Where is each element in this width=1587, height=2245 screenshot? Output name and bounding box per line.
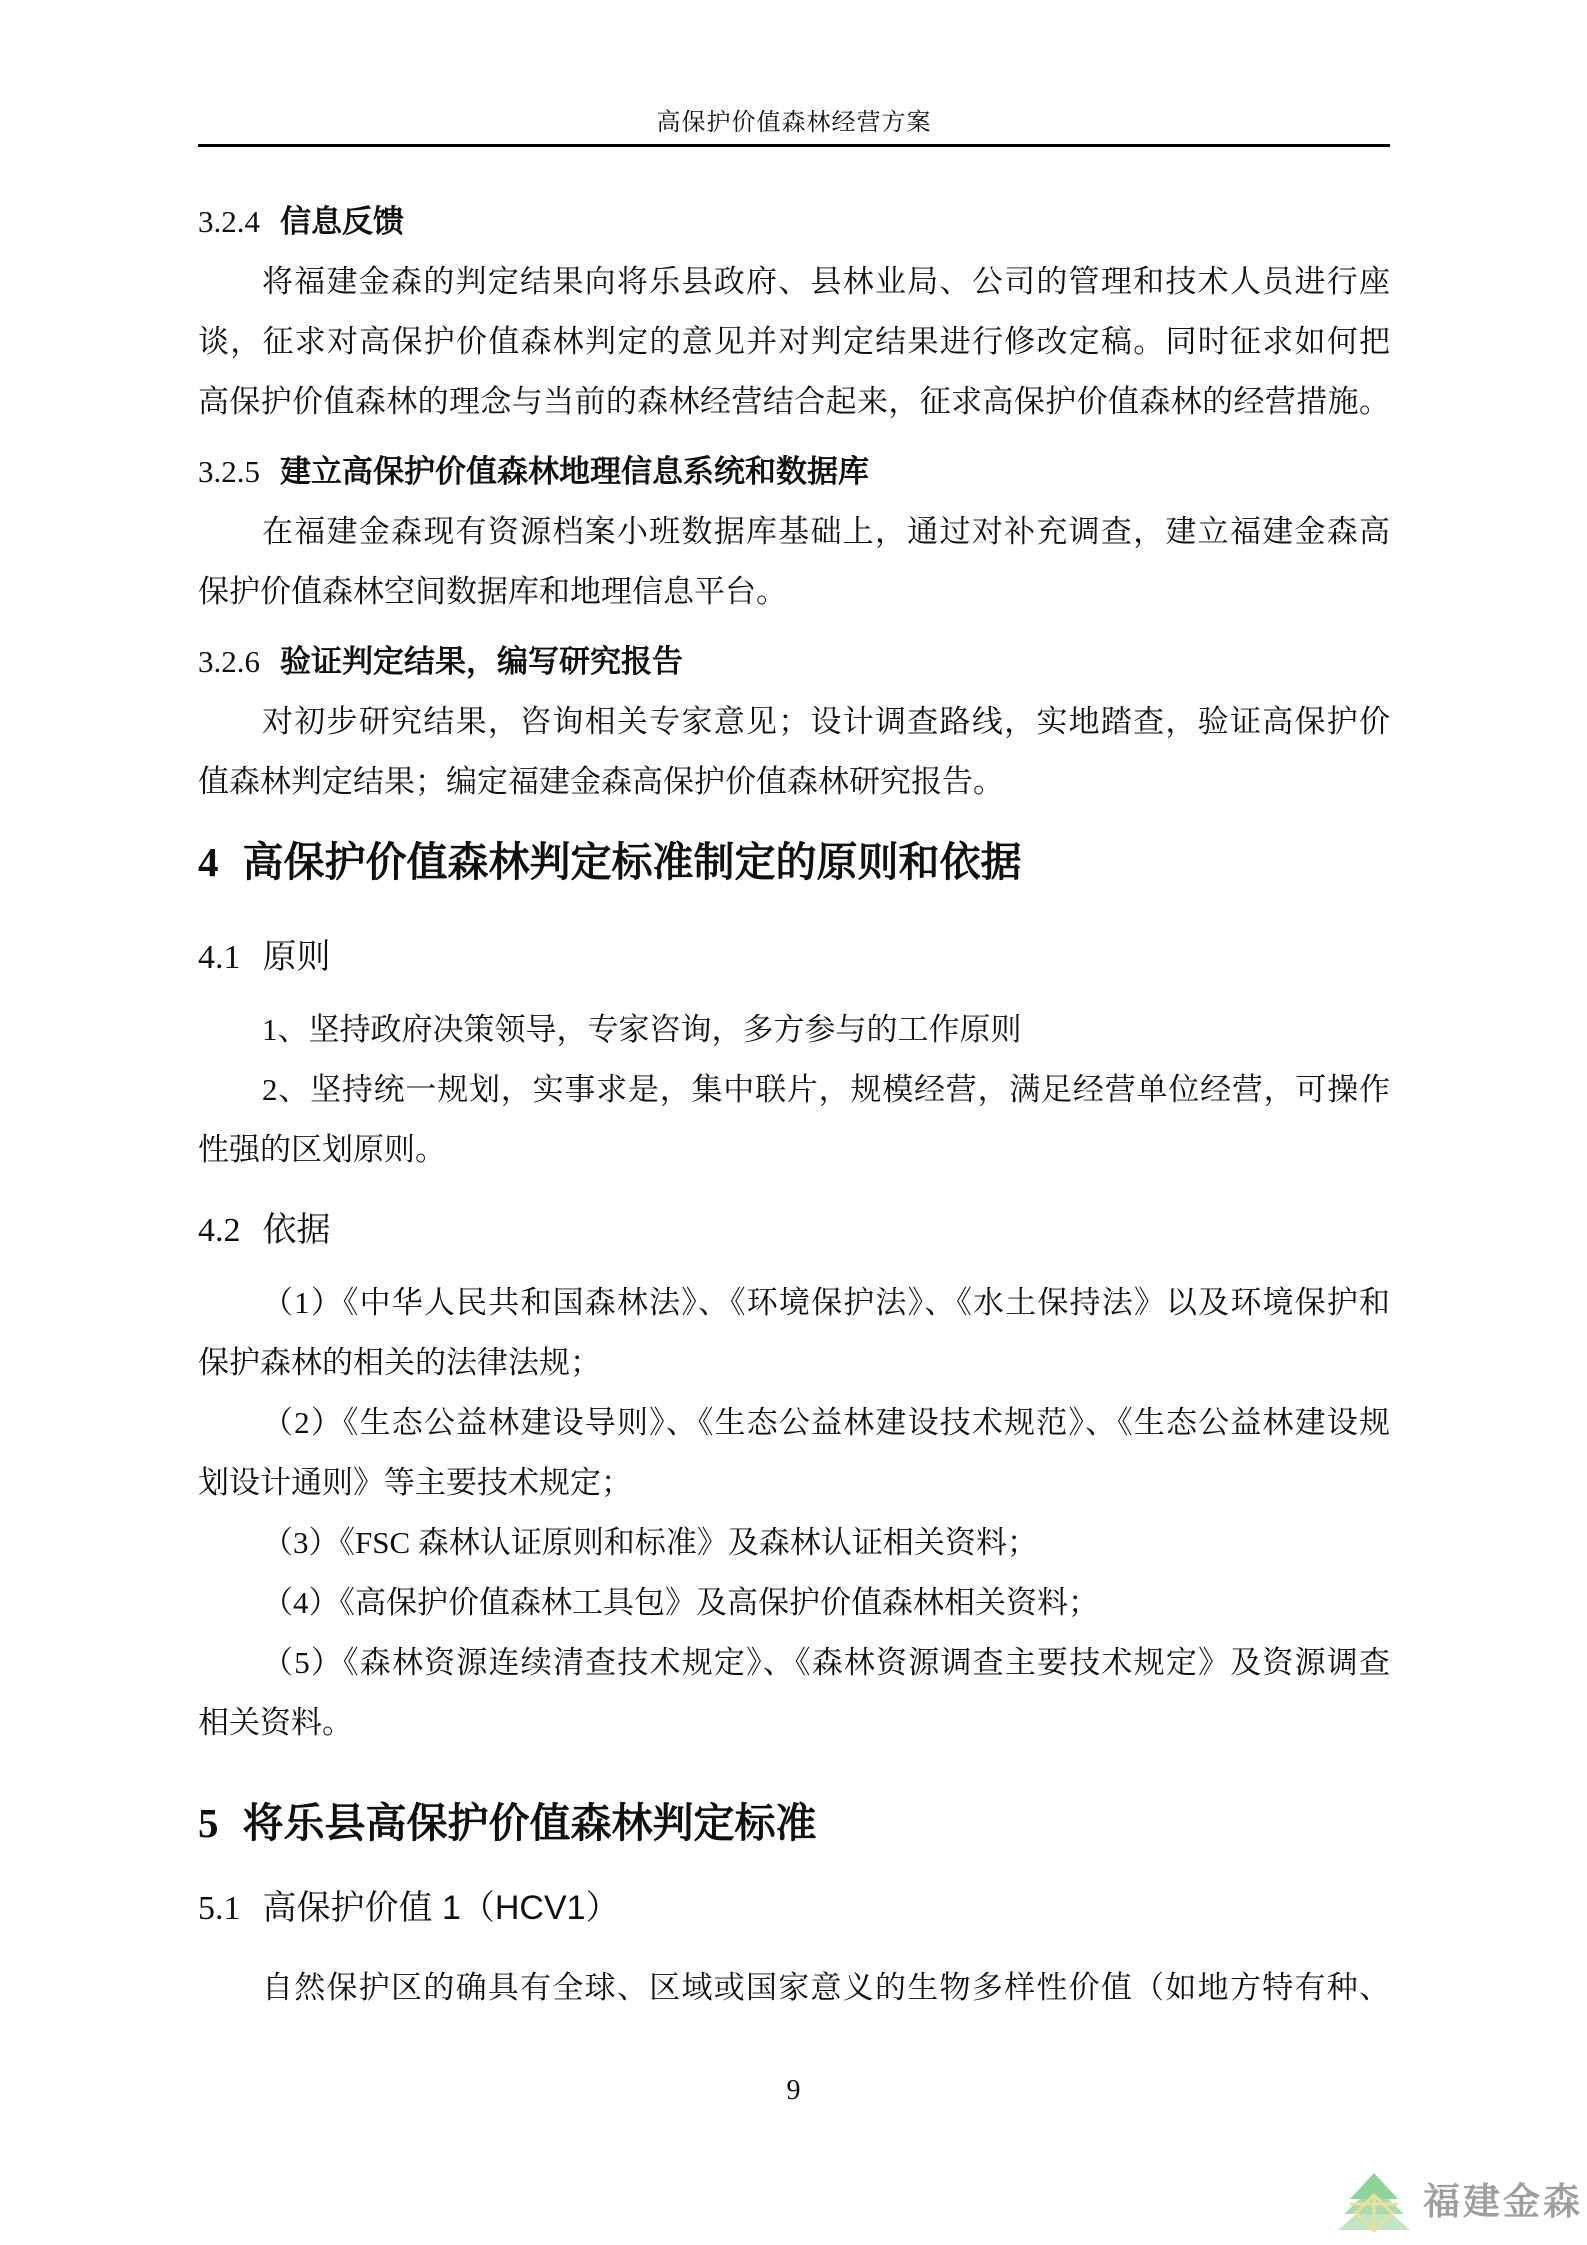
- paragraph-line: 高保护价值森林的理念与当前的森林经营结合起来，征求高保护价值森林的经营措施。: [198, 372, 1390, 432]
- heading-number: 4.1: [198, 939, 241, 976]
- heading-title: 高保护价值 1（HCV1）: [263, 1889, 620, 1927]
- document-body: 3.2.4信息反馈 将福建金森的判定结果向将乐县政府、县林业局、公司的管理和技术…: [198, 192, 1390, 2018]
- heading-number: 3.2.4: [198, 204, 260, 239]
- paragraph-line: 在福建金森现有资源档案小班数据库基础上，通过对补充调查，建立福建金森高: [198, 502, 1390, 562]
- paragraph-line: 相关资料。: [198, 1693, 1390, 1753]
- paragraph-line: 将福建金森的判定结果向将乐县政府、县林业局、公司的管理和技术人员进行座: [198, 252, 1390, 312]
- paragraph-line: 对初步研究结果，咨询相关专家意见；设计调查路线，实地踏查，验证高保护价: [198, 692, 1390, 752]
- heading-title: 原则: [263, 938, 331, 976]
- paragraph-line: 保护价值森林空间数据库和地理信息平台。: [198, 562, 1390, 622]
- section-heading-3-2-6: 3.2.6验证判定结果，编写研究报告: [198, 632, 1390, 692]
- paragraph-line: 谈，征求对高保护价值森林判定的意见并对判定结果进行修改定稿。同时征求如何把: [198, 312, 1390, 372]
- paragraph-line: （4）《高保护价值森林工具包》及高保护价值森林相关资料；: [198, 1573, 1390, 1633]
- section-heading-3-2-4: 3.2.4信息反馈: [198, 192, 1390, 252]
- paragraph-line: 自然保护区的确具有全球、区域或国家意义的生物多样性价值（如地方特有种、: [198, 1958, 1390, 2018]
- heading-title: 验证判定结果，编写研究报告: [280, 644, 683, 679]
- heading-number: 4: [198, 839, 219, 885]
- heading-number: 5.1: [198, 1890, 241, 1927]
- paragraph-line: 值森林判定结果；编定福建金森高保护价值森林研究报告。: [198, 752, 1390, 812]
- document-page: 高保护价值森林经营方案 3.2.4信息反馈 将福建金森的判定结果向将乐县政府、县…: [0, 0, 1587, 2245]
- pine-tree-icon: [1337, 2172, 1411, 2232]
- paragraph-line: 保护森林的相关的法律法规；: [198, 1333, 1390, 1393]
- heading-title: 信息反馈: [280, 204, 404, 239]
- paragraph-line: （1）《中华人民共和国森林法》、《环境保护法》、《水土保持法》以及环境保护和: [198, 1273, 1390, 1333]
- heading-number: 3.2.6: [198, 644, 260, 679]
- heading-number: 3.2.5: [198, 454, 260, 489]
- page-header: 高保护价值森林经营方案: [198, 0, 1390, 147]
- heading-title: 将乐县高保护价值森林判定标准: [243, 1800, 817, 1846]
- paragraph-line: 1、坚持政府决策领导，专家咨询，多方参与的工作原则: [198, 1000, 1390, 1060]
- heading-title: 建立高保护价值森林地理信息系统和数据库: [280, 454, 869, 489]
- chapter-heading-4: 4高保护价值森林判定标准制定的原则和依据: [198, 822, 1390, 902]
- heading-title: 依据: [263, 1211, 331, 1249]
- paragraph-line: 性强的区划原则。: [198, 1120, 1390, 1180]
- paragraph-line: （5）《森林资源连续清查技术规定》、《森林资源调查主要技术规定》及资源调查: [198, 1633, 1390, 1693]
- paragraph-line: 划设计通则》等主要技术规定；: [198, 1453, 1390, 1513]
- chapter-heading-5: 5将乐县高保护价值森林判定标准: [198, 1783, 1390, 1863]
- paragraph-line: 2、坚持统一规划，实事求是，集中联片，规模经营，满足经营单位经营，可操作: [198, 1060, 1390, 1120]
- heading-title: 高保护价值森林判定标准制定的原则和依据: [243, 839, 1022, 885]
- section-heading-5-1: 5.1高保护价值 1（HCV1）: [198, 1873, 1390, 1943]
- heading-number: 5: [198, 1800, 219, 1846]
- company-logo: 福建金森: [1337, 2172, 1583, 2232]
- page-number: 9: [0, 2075, 1587, 2107]
- company-name: 福建金森: [1423, 2172, 1583, 2232]
- section-heading-4-1: 4.1原则: [198, 922, 1390, 992]
- section-heading-4-2: 4.2依据: [198, 1195, 1390, 1265]
- section-heading-3-2-5: 3.2.5建立高保护价值森林地理信息系统和数据库: [198, 442, 1390, 502]
- paragraph-line: （3）《FSC 森林认证原则和标准》及森林认证相关资料；: [198, 1513, 1390, 1573]
- header-title: 高保护价值森林经营方案: [657, 102, 932, 137]
- paragraph-line: （2）《生态公益林建设导则》、《生态公益林建设技术规范》、《生态公益林建设规: [198, 1393, 1390, 1453]
- heading-number: 4.2: [198, 1212, 241, 1249]
